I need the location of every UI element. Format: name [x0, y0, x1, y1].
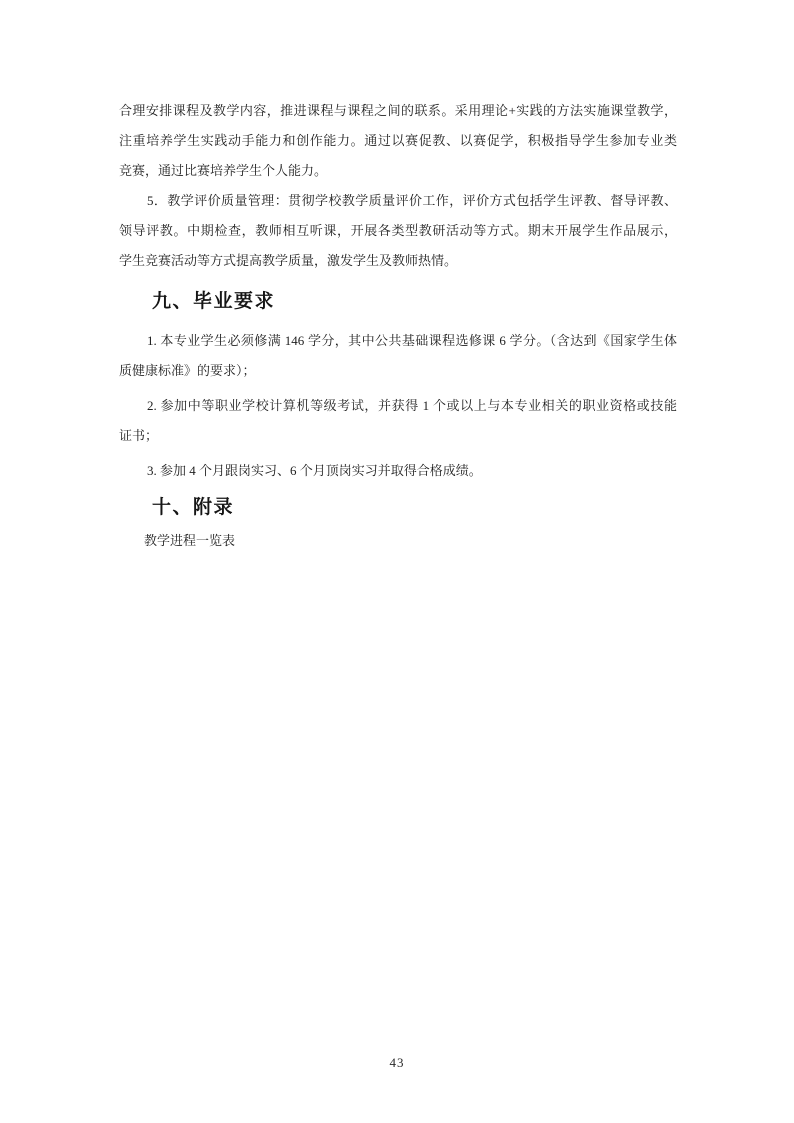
paragraph-graduation-requirement-3: 3. 参加 4 个月跟岗实习、6 个月顶岗实习并取得合格成绩。	[119, 456, 677, 486]
section-heading-graduation-requirements: 九、毕业要求	[119, 286, 677, 318]
paragraph-line: 学生竞赛活动等方式提高教学质量，激发学生及教师热情。	[119, 246, 677, 276]
paragraph-line: 领导评教。中期检查，教师相互听课，开展各类型教研活动等方式。期末开展学生作品展示…	[119, 216, 677, 246]
paragraph-line: 注重培养学生实践动手能力和创作能力。通过以赛促教、以赛促学，积极指导学生参加专业…	[119, 126, 677, 156]
paragraph-line: 1. 本专业学生必须修满 146 学分，其中公共基础课程选修课 6 学分。（含达…	[119, 326, 677, 356]
document-page: 合理安排课程及教学内容，推进课程与课程之间的联系。采用理论+实践的方法实施课堂教…	[0, 0, 794, 1123]
paragraph-line: 教学进程一览表	[119, 526, 677, 556]
document-body: 合理安排课程及教学内容，推进课程与课程之间的联系。采用理论+实践的方法实施课堂教…	[119, 96, 677, 556]
paragraph-teaching-organization: 合理安排课程及教学内容，推进课程与课程之间的联系。采用理论+实践的方法实施课堂教…	[119, 96, 677, 186]
paragraph-line: 质健康标准》的要求）；	[119, 356, 677, 386]
paragraph-line: 证书；	[119, 421, 677, 451]
paragraph-appendix-note: 教学进程一览表	[119, 526, 677, 556]
paragraph-line: 竞赛，通过比赛培养学生个人能力。	[119, 156, 677, 186]
paragraph-line: 2. 参加中等职业学校计算机等级考试，并获得 1 个或以上与本专业相关的职业资格…	[119, 391, 677, 421]
paragraph-quality-evaluation: 5．教学评价质量管理：贯彻学校教学质量评价工作，评价方式包括学生评教、督导评教、…	[119, 186, 677, 276]
paragraph-graduation-requirement-1: 1. 本专业学生必须修满 146 学分，其中公共基础课程选修课 6 学分。（含达…	[119, 326, 677, 386]
section-heading-appendix: 十、附录	[119, 492, 677, 524]
paragraph-line: 3. 参加 4 个月跟岗实习、6 个月顶岗实习并取得合格成绩。	[119, 456, 677, 486]
paragraph-line: 合理安排课程及教学内容，推进课程与课程之间的联系。采用理论+实践的方法实施课堂教…	[119, 96, 677, 126]
paragraph-line: 5．教学评价质量管理：贯彻学校教学质量评价工作，评价方式包括学生评教、督导评教、	[119, 186, 677, 216]
paragraph-graduation-requirement-2: 2. 参加中等职业学校计算机等级考试，并获得 1 个或以上与本专业相关的职业资格…	[119, 391, 677, 451]
page-number: 43	[0, 1055, 794, 1071]
